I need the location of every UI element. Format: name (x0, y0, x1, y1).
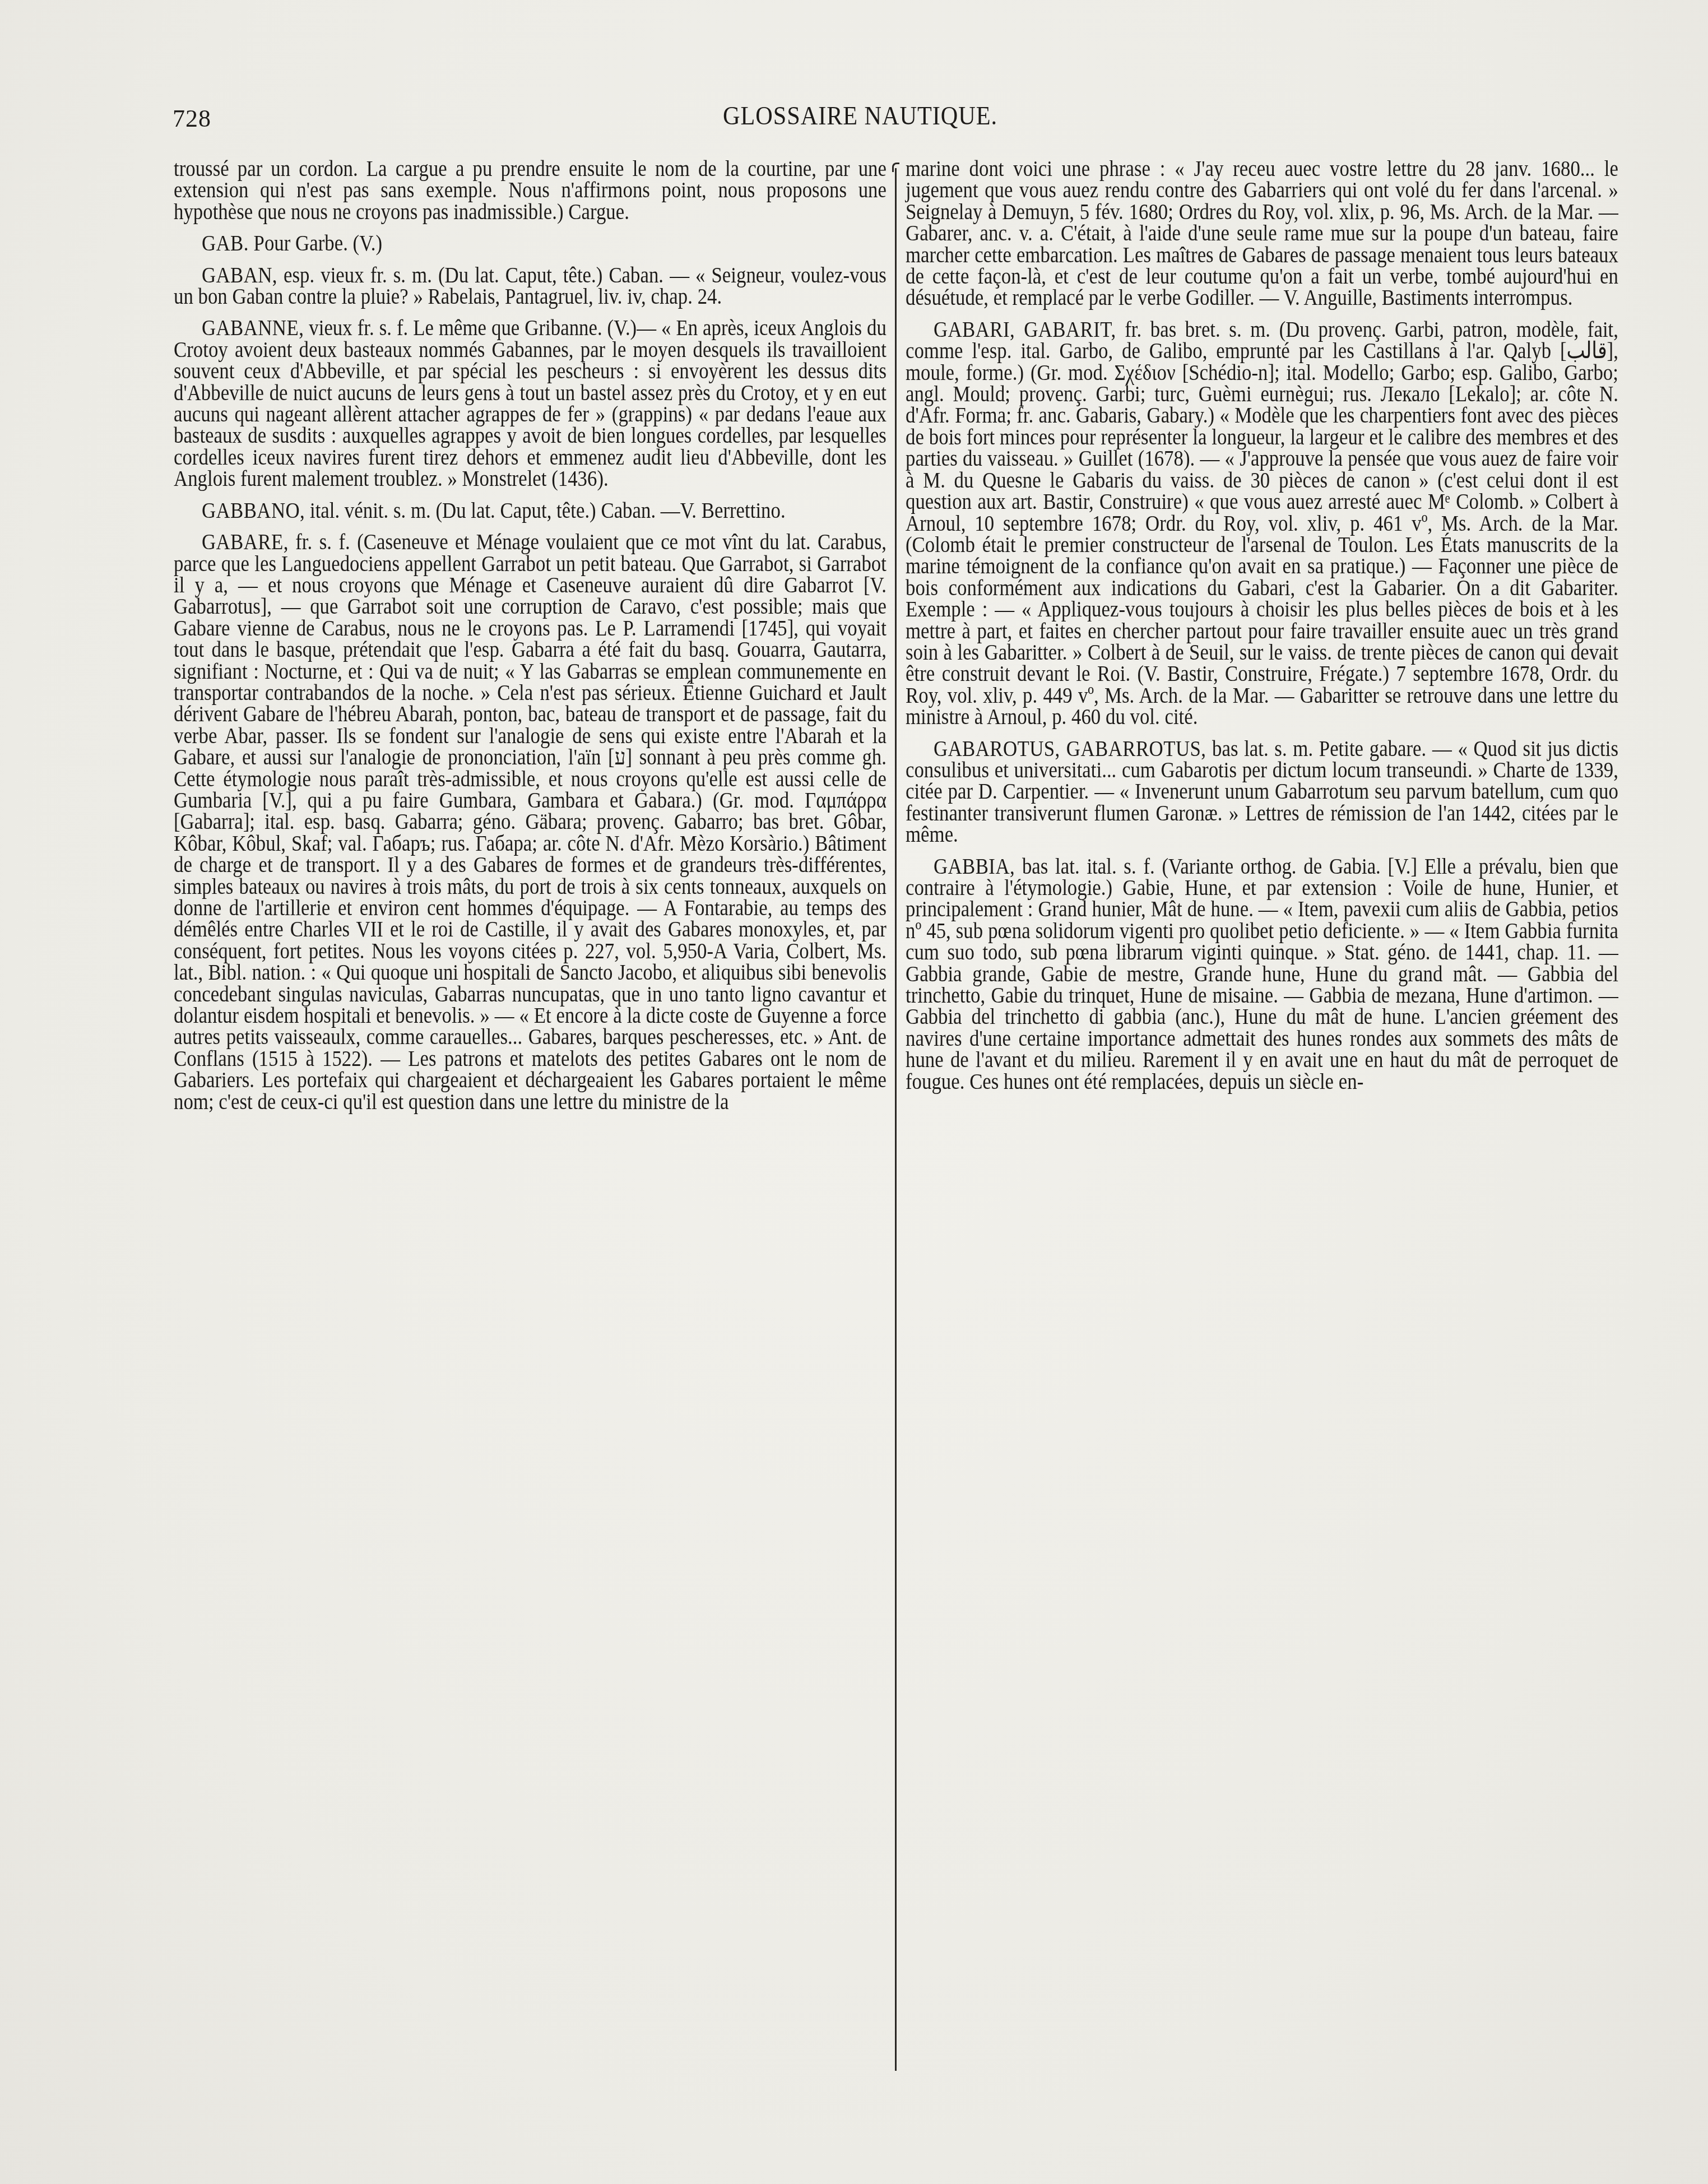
glossary-entry-gabbano: GABBANO, ital. vénit. s. m. (Du lat. Cap… (174, 500, 887, 521)
entry-body: fr. s. f. (Caseneuve et Ménage voulaient… (174, 529, 887, 1114)
glossary-entry-gab: GAB. Pour Garbe. (V.) (174, 233, 887, 254)
entry-body: vieux fr. s. f. Le même que Gribanne. (V… (174, 315, 887, 491)
entry-body: Pour Garbe. (V.) (249, 230, 382, 256)
left-column: troussé par un cordon. La cargue a pu pr… (174, 158, 887, 1123)
entry-body: esp. vieux fr. s. m. (Du lat. Caput, têt… (174, 262, 887, 309)
continuation-paragraph: troussé par un cordon. La cargue a pu pr… (174, 158, 887, 222)
entry-body: fr. bas bret. s. m. (Du provenç. Garbi, … (906, 317, 1618, 729)
column-divider (895, 168, 897, 2071)
glossary-entry-gaban: GABAN, esp. vieux fr. s. m. (Du lat. Cap… (174, 265, 887, 308)
glossary-entry-gabari: GABARI, GABARIT, fr. bas bret. s. m. (Du… (906, 319, 1618, 728)
glossary-entry-gabare: GABARE, fr. s. f. (Caseneuve et Ménage v… (174, 531, 887, 1112)
glossary-entry-gabanne: GABANNE, vieux fr. s. f. Le même que Gri… (174, 317, 887, 489)
glossary-entry-gabbia: GABBIA, bas lat. ital. s. f. (Variante o… (906, 856, 1618, 1092)
entry-body: ital. vénit. s. m. (Du lat. Caput, tête.… (305, 498, 785, 523)
entry-body: bas lat. ital. s. f. (Variante orthog. d… (906, 854, 1618, 1094)
headword: GABBANO, (202, 498, 305, 523)
headword: GAB. (202, 230, 249, 256)
running-title: GLOSSAIRE NAUTIQUE. (723, 101, 997, 131)
glossary-entry-gabarotus: GABAROTUS, GABARROTUS, bas lat. s. m. Pe… (906, 738, 1618, 846)
right-column: marine dont voici une phrase : « J'ay re… (906, 158, 1618, 1102)
book-page: 728 GLOSSAIRE NAUTIQUE. troussé par un c… (0, 0, 1708, 2184)
page-number: 728 (173, 104, 211, 133)
continuation-paragraph: marine dont voici une phrase : « J'ay re… (906, 158, 1618, 309)
